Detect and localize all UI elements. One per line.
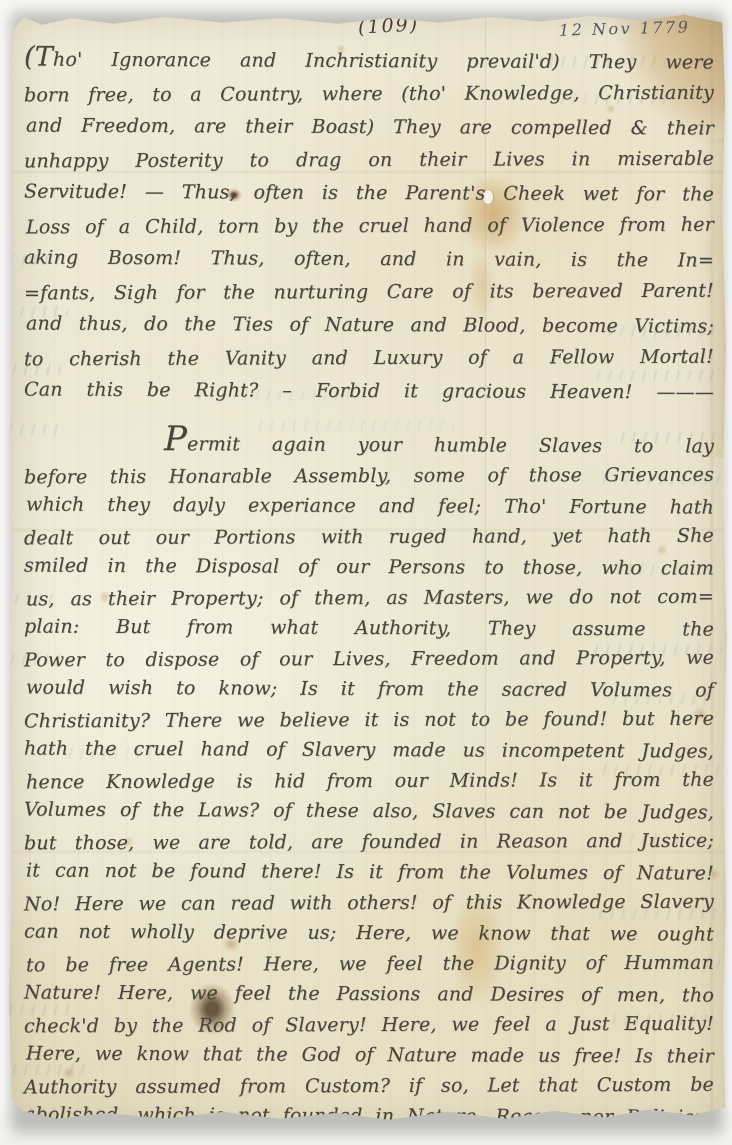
manuscript-line: and Freedom, are their Boast) They are c… bbox=[26, 109, 714, 145]
manuscript-line: smiled in the Disposal of our Persons to… bbox=[24, 550, 714, 584]
manuscript-line: dealt out our Portions with ruged hand, … bbox=[24, 520, 714, 553]
manuscript-line: Authority assumed from Custom? if so, Le… bbox=[24, 1069, 714, 1102]
manuscript-line: to cherish the Vanity and Luxury of a Fe… bbox=[24, 341, 714, 377]
manuscript-line: Christianity? There we believe it is not… bbox=[24, 703, 714, 736]
manuscript-page: (109) 12 Nov 1779 (Tho' Ignorance and In… bbox=[6, 8, 728, 1131]
manuscript-line: check'd by the Rod of Slavery! Here, we … bbox=[24, 1008, 714, 1041]
manuscript-line: Servitude! — Thus, often is the Parent's… bbox=[24, 175, 714, 211]
manuscript-line: us, as their Property; of them, as Maste… bbox=[26, 581, 714, 614]
manuscript-line: hence Knowledge is hid from our Minds! I… bbox=[26, 764, 714, 797]
manuscript-line: Here, we know that the God of Nature mad… bbox=[26, 1038, 714, 1072]
manuscript-line: unhappy Posterity to drag on their Lives… bbox=[24, 143, 714, 179]
manuscript-line: but those, we are told, are founded in R… bbox=[24, 825, 714, 858]
manuscript-line: plain: But from what Authority, They ass… bbox=[24, 611, 714, 645]
manuscript-line: before this Honarable Assembly, some of … bbox=[24, 459, 714, 492]
manuscript-line: Loss of a Child, torn by the cruel hand … bbox=[26, 209, 714, 245]
manuscript-line: would wish to know; Is it from the sacre… bbox=[26, 672, 714, 706]
manuscript-scan: (109) 12 Nov 1779 (Tho' Ignorance and In… bbox=[0, 0, 732, 1145]
manuscript-line: Nature! Here, we feel the Passions and D… bbox=[24, 977, 714, 1011]
manuscript-line: aking Bosom! Thus, often, and in vain, i… bbox=[24, 241, 714, 277]
manuscript-line: it can not be found there! Is it from th… bbox=[26, 855, 714, 889]
manuscript-line: =fants, Sigh for the nurturing Care of i… bbox=[24, 275, 714, 311]
manuscript-content: (109) 12 Nov 1779 (Tho' Ignorance and In… bbox=[24, 12, 714, 1132]
manuscript-line: and thus, do the Ties of Nature and Bloo… bbox=[26, 307, 714, 343]
manuscript-line: Volumes of the Laws? of these also, Slav… bbox=[24, 794, 714, 828]
paragraph-1: (Tho' Ignorance and Inchristianity preva… bbox=[24, 12, 714, 408]
manuscript-line: Power to dispose of our Lives, Freedom a… bbox=[24, 642, 714, 675]
manuscript-line: can not wholly deprive us; Here, we know… bbox=[24, 916, 714, 950]
manuscript-line: Permit again your humble Slaves to lay bbox=[24, 428, 714, 462]
paragraph-2: Permit again your humble Slaves to laybe… bbox=[24, 430, 714, 1132]
manuscript-line: which they dayly experiance and feel; Th… bbox=[26, 489, 714, 523]
manuscript-line: No! Here we can read with others! of thi… bbox=[24, 886, 714, 919]
manuscript-line: born free, to a Country, where (tho' Kno… bbox=[24, 77, 714, 113]
date-annotation: 12 Nov 1779 bbox=[558, 16, 690, 41]
manuscript-line: hath the cruel hand of Slavery made us i… bbox=[24, 733, 714, 767]
manuscript-line: to be free Agents! Here, we feel the Dig… bbox=[26, 947, 714, 980]
manuscript-line: Can this be Right? – Forbid it gracious … bbox=[24, 373, 714, 409]
manuscript-line: (Tho' Ignorance and Inchristianity preva… bbox=[24, 40, 714, 79]
